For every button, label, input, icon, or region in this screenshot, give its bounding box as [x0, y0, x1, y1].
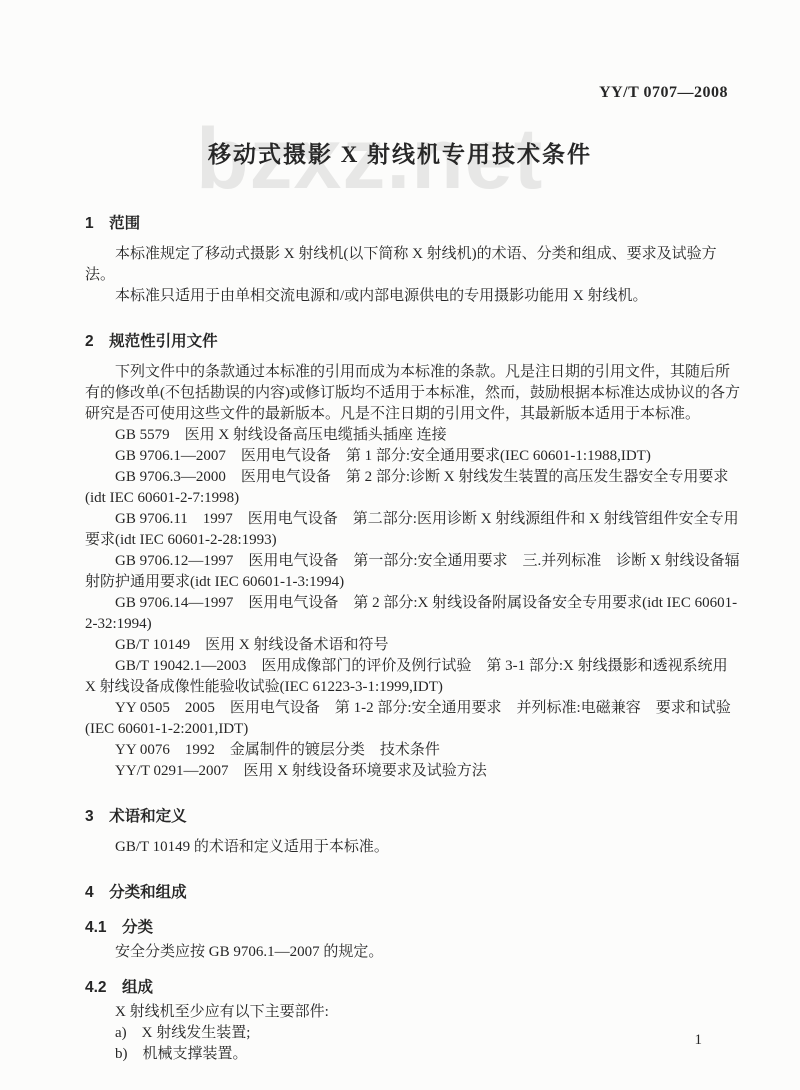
- page-title: 移动式摄影 X 射线机专用技术条件: [0, 136, 800, 169]
- paragraph: X 射线机至少应有以下主要部件:: [85, 1002, 741, 1023]
- standard-code: YY/T 0707—2008: [599, 84, 728, 102]
- document-body: 1 范围 本标准规定了移动式摄影 X 射线机(以下简称 X 射线机)的术语、分类…: [85, 205, 741, 1065]
- paragraph: GB/T 10149 的术语和定义适用于本标准。: [85, 837, 741, 858]
- reference-item: GB 9706.1—2007 医用电气设备 第 1 部分:安全通用要求(IEC …: [85, 446, 741, 467]
- paragraph: 本标准只适用于由单相交流电源和/或内部电源供电的专用摄影功能用 X 射线机。: [85, 286, 741, 307]
- paragraph: 安全分类应按 GB 9706.1—2007 的规定。: [85, 942, 741, 963]
- list-item: a) X 射线发生装置;: [85, 1023, 741, 1044]
- section-heading-terms-definitions: 3 术语和定义: [85, 806, 741, 827]
- list-item: b) 机械支撑装置。: [85, 1044, 741, 1065]
- reference-item: GB 5579 医用 X 射线设备高压电缆插头插座 连接: [85, 425, 741, 446]
- section-heading-classification: 4 分类和组成: [85, 882, 741, 903]
- reference-item: YY 0076 1992 金属制件的镀层分类 技术条件: [85, 740, 741, 761]
- paragraph: 下列文件中的条款通过本标准的引用而成为本标准的条款。凡是注日期的引用文件，其随后…: [85, 362, 741, 425]
- reference-item: GB/T 19042.1—2003 医用成像部门的评价及例行试验 第 3-1 部…: [85, 656, 741, 698]
- paragraph: 本标准规定了移动式摄影 X 射线机(以下简称 X 射线机)的术语、分类和组成、要…: [85, 244, 741, 286]
- reference-item: GB 9706.14—1997 医用电气设备 第 2 部分:X 射线设备附属设备…: [85, 593, 741, 635]
- reference-item: GB 9706.3—2000 医用电气设备 第 2 部分:诊断 X 射线发生装置…: [85, 467, 741, 509]
- reference-item: YY/T 0291—2007 医用 X 射线设备环境要求及试验方法: [85, 761, 741, 782]
- reference-item: GB 9706.12—1997 医用电气设备 第一部分:安全通用要求 三.并列标…: [85, 551, 741, 593]
- section-heading-scope: 1 范围: [85, 213, 741, 234]
- reference-item: GB 9706.11 1997 医用电气设备 第二部分:医用诊断 X 射线源组件…: [85, 509, 741, 551]
- reference-item: GB/T 10149 医用 X 射线设备术语和符号: [85, 635, 741, 656]
- subsection-heading-composition: 4.2 组成: [85, 977, 741, 998]
- subsection-heading-classification: 4.1 分类: [85, 917, 741, 938]
- section-heading-normative-references: 2 规范性引用文件: [85, 331, 741, 352]
- page-number: 1: [695, 1032, 703, 1049]
- reference-item: YY 0505 2005 医用电气设备 第 1-2 部分:安全通用要求 并列标准…: [85, 698, 741, 740]
